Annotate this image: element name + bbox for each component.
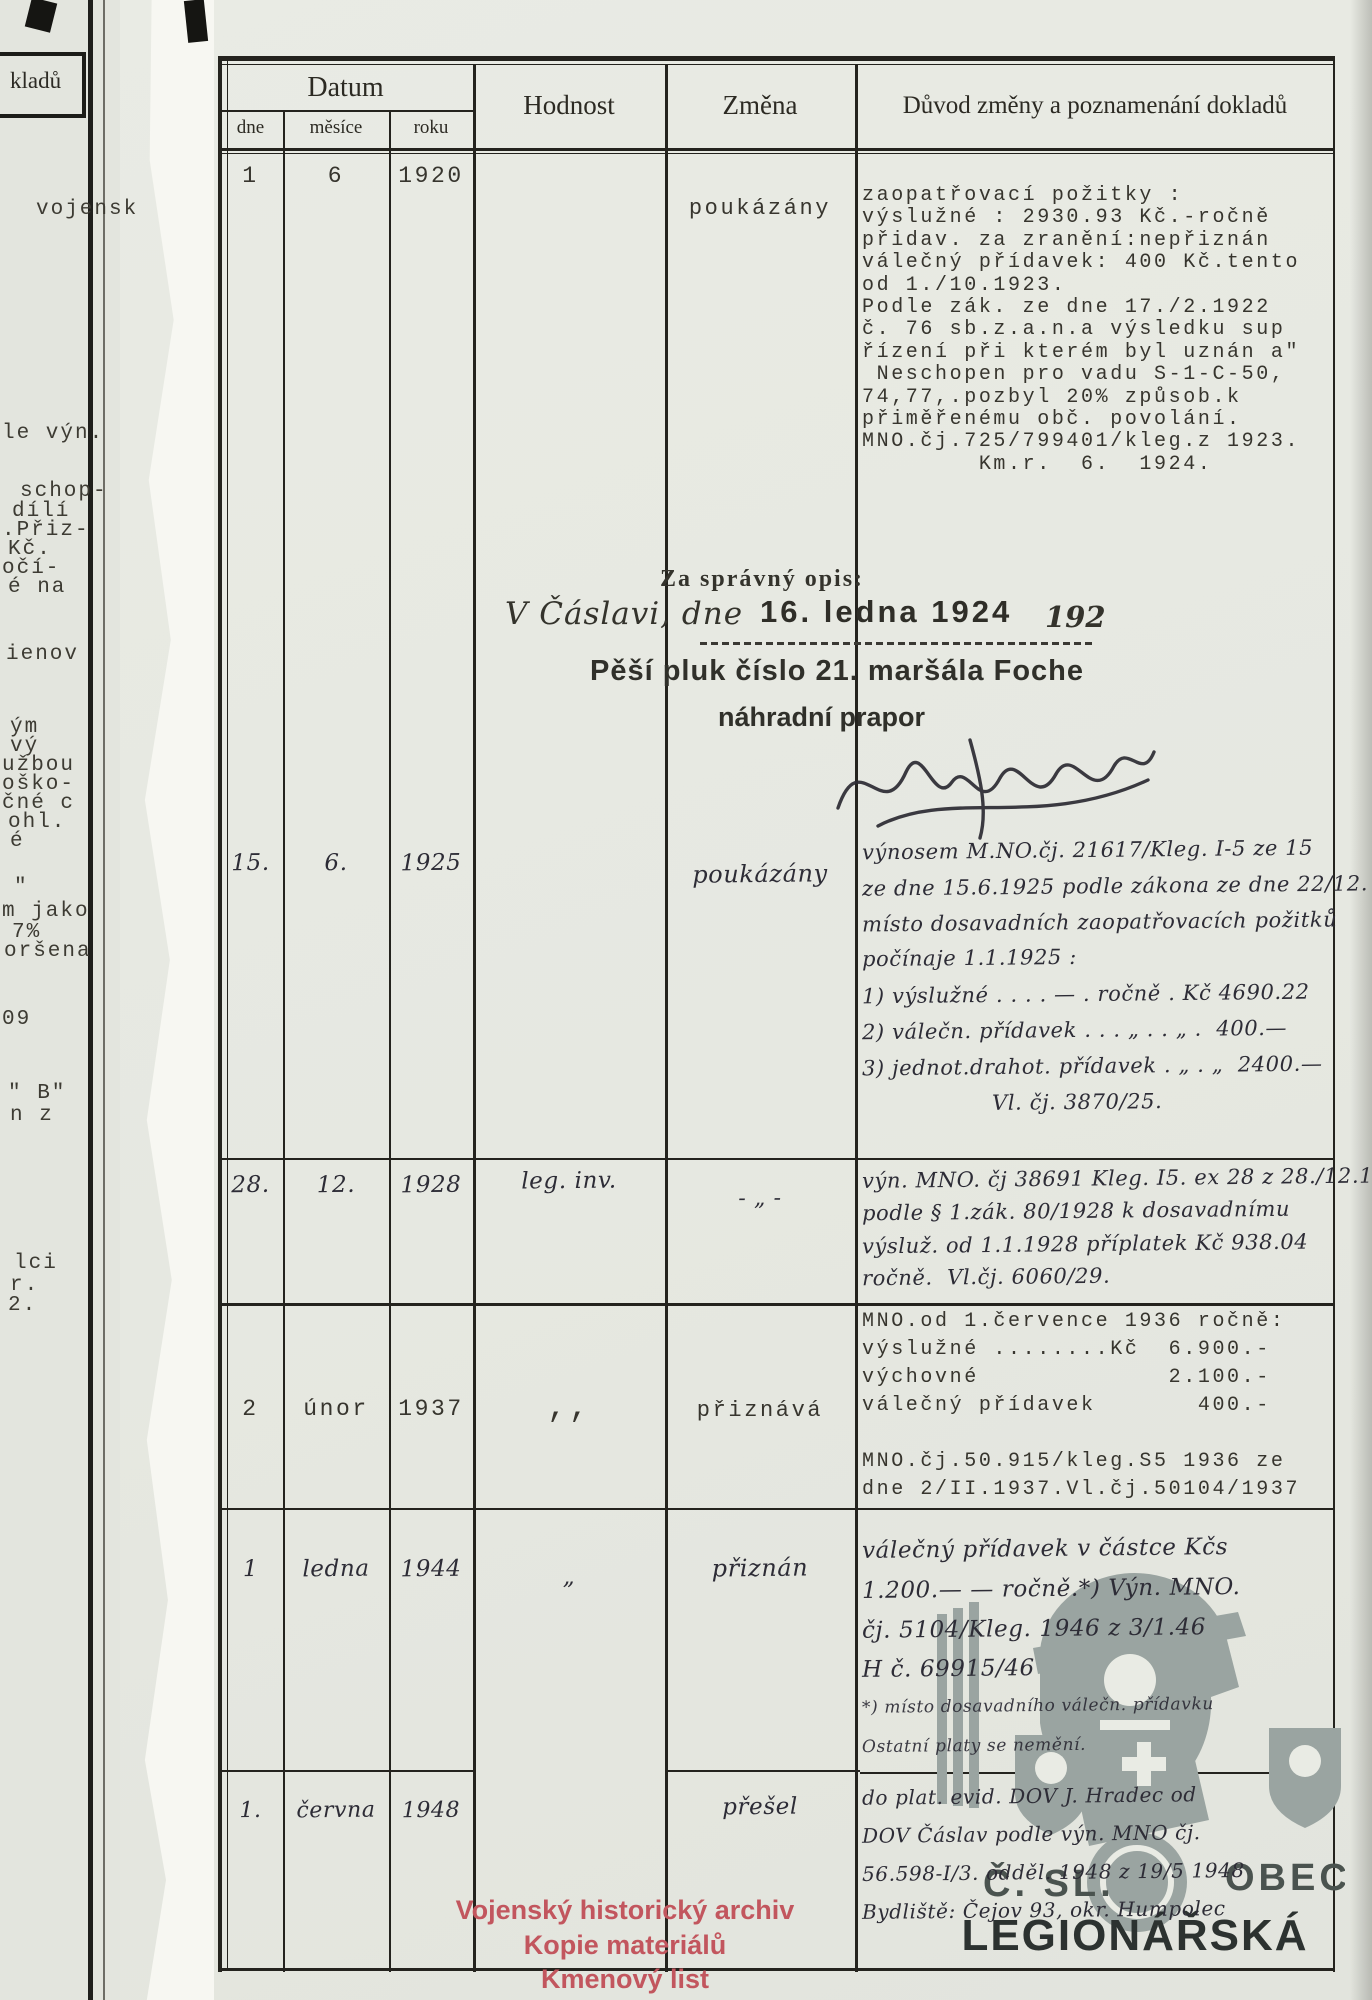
row-3-zmena: přiznává <box>665 1400 855 1422</box>
row-0-duvod-line-6: č. 76 sb.z.a.n.a výsledku sup <box>862 320 1285 340</box>
row-4-duvod-line-2: čj. 5104/Kleg. 1946 z 3/1.46 <box>862 1616 1206 1643</box>
row-2-mesice: 12. <box>283 1173 389 1197</box>
row-5-dne: 1. <box>218 1800 283 1823</box>
col-header-roku: roku <box>389 117 473 139</box>
row-0-mesice: 6 <box>283 165 389 188</box>
row-5-duvod-line-3: Bydliště: Čejov 93, okr. Humpolec <box>862 1898 1226 1922</box>
margin-fragment-22: n z <box>10 1104 54 1127</box>
row-0-duvod-line-5: Podle zák. ze dne 17./2.1922 <box>862 298 1271 318</box>
certification-title: Za správný opis: <box>660 566 864 593</box>
row-3-duvod-line-1: výslužné ........Kč 6.900.- <box>862 1340 1271 1360</box>
row-4-zmena: přiznán <box>665 1555 855 1581</box>
row-0-duvod-line-8: Neschopen pro vadu S-1-C-50, <box>862 365 1285 385</box>
row-0-duvod-line-2: přidav. za zranění:nepřiznán <box>862 231 1271 251</box>
previous-page-header-fragment: kladů <box>10 68 61 94</box>
row-5-duvod-line-1: DOV Čáslav podle výn. MNO čj. <box>862 1822 1201 1846</box>
row-2-hodnost: leg. inv. <box>473 1169 665 1194</box>
row-0-duvod-line-11: MNO.čj.725/799401/kleg.z 1923. <box>862 432 1300 452</box>
row-2-duvod-line-2: výsluž. od 1.1.1928 příplatek Kč 938.04 <box>862 1232 1308 1258</box>
row-3-dne: 2 <box>218 1398 283 1421</box>
ruled-dash-line <box>700 642 1095 645</box>
row-1-mesice: 6. <box>283 851 389 875</box>
grid-hline <box>218 1770 473 1772</box>
row-2-zmena: - „ - <box>665 1187 855 1211</box>
grid-hline <box>218 1158 1335 1160</box>
row-0-duvod-line-3: válečný přídavek: 400 Kč.tento <box>862 253 1300 273</box>
grid-hline <box>218 1303 1335 1306</box>
row-5-mesice: června <box>283 1799 389 1822</box>
col-header-mesice: měsíce <box>283 117 389 139</box>
grid-vline <box>665 64 668 1972</box>
margin-fragment-19: oršena <box>4 940 92 963</box>
grid-vline <box>227 60 228 1970</box>
row-0-duvod-line-1: výslužné : 2930.93 Kč.-ročně <box>862 208 1271 228</box>
margin-fragment-0: vojensk <box>36 198 138 221</box>
row-4-duvod-line-5: Ostatní platy se nemění. <box>862 1737 1086 1756</box>
row-1-roku: 1925 <box>389 852 473 876</box>
row-3-mesice: únor <box>283 1398 389 1421</box>
grid-vline <box>855 64 858 1972</box>
grid-vline <box>473 64 476 1972</box>
row-5-duvod-line-2: 56.598-I/3. odděl. 1948 z 19/5 1948 <box>862 1860 1245 1884</box>
page-fold-line-thin <box>103 0 105 2000</box>
row-3-duvod-line-0: MNO.od 1.července 1936 ročně: <box>862 1312 1285 1332</box>
archive-note-line: Vojenský historický archiv <box>430 1893 820 1928</box>
col-header-hodnost: Hodnost <box>473 90 665 121</box>
archive-note-line: Kopie materiálů <box>430 1928 820 1963</box>
row-0-duvod-line-9: 74,77,.pozbyl 20% způsob.k <box>862 388 1242 408</box>
certification-battalion: náhradní prapor <box>718 702 925 733</box>
torn-paper-edge <box>118 0 214 2000</box>
row-4-hodnost: „ <box>473 1565 665 1590</box>
margin-fragment-17: m jako <box>2 900 90 923</box>
archive-note: Vojenský historický archiv Kopie materiá… <box>430 1893 820 1997</box>
col-header-duvod: Důvod změny a poznamenání dokladů <box>855 92 1335 120</box>
row-1-duvod-line-2: místo dosavadních zaopatřovacích požitků <box>862 910 1337 936</box>
row-4-duvod-line-4: *) místo dosavadního válečn. přídavku <box>862 1696 1214 1717</box>
signature-scrawl <box>830 730 1160 850</box>
page-fold-line <box>88 0 93 2000</box>
margin-fragment-8: ienov <box>6 643 79 666</box>
margin-fragment-20: 09 <box>2 1008 31 1031</box>
grid-hline <box>218 56 1335 61</box>
archive-note-line: Kmenový list <box>430 1962 820 1997</box>
grid-hline <box>218 64 1335 65</box>
grid-vline <box>283 112 285 1972</box>
row-5-roku: 1948 <box>389 1800 473 1823</box>
certification-date-stamp: 16. ledna 1924 <box>760 594 1012 630</box>
grid-vline <box>218 56 222 1972</box>
col-header-zmena: Změna <box>665 90 855 121</box>
row-2-roku: 1928 <box>389 1174 473 1198</box>
certification-year-suffix: 192 <box>1045 600 1106 634</box>
row-1-duvod-line-6: 3) jednot.drahot. přídavek . „ . „ 2400.… <box>862 1054 1323 1080</box>
row-3-hodnost: ,, <box>473 1392 665 1424</box>
margin-fragment-25: 2. <box>8 1294 37 1317</box>
row-4-duvod-line-1: 1.200.— — ročně.*) Výn. MNO. <box>862 1576 1241 1603</box>
grid-hline <box>218 153 1335 154</box>
row-3-duvod-line-6: dne 2/II.1937.Vl.čj.50104/1937 <box>862 1480 1300 1500</box>
col-header-datum: Datum <box>218 72 473 104</box>
margin-fragment-23: lci <box>14 1252 58 1275</box>
row-5-duvod-line-0: do plat. evid. DOV J. Hradec od <box>862 1784 1197 1808</box>
col-header-dne: dne <box>218 117 283 139</box>
row-2-duvod-line-0: výn. MNO. čj 38691 Kleg. I5. ex 28 z 28.… <box>862 1165 1372 1192</box>
row-1-duvod-line-1: ze dne 15.6.1925 podle zákona ze dne 22/… <box>862 873 1368 899</box>
row-4-duvod-line-0: válečný přídavek v částce Kčs <box>862 1536 1228 1563</box>
row-0-dne: 1 <box>218 165 283 188</box>
row-3-roku: 1937 <box>389 1398 473 1421</box>
margin-fragment-1: le výn. <box>2 422 104 445</box>
row-3-duvod-line-2: výchovné 2.100.- <box>862 1368 1271 1388</box>
row-0-duvod-line-7: řízení při kterém byl uznán a" <box>862 343 1300 363</box>
row-4-dne: 1 <box>218 1558 283 1582</box>
row-0-duvod-line-4: od 1./10.1923. <box>862 276 1066 296</box>
row-0-duvod-line-12: Km.r. 6. 1924. <box>862 455 1212 475</box>
row-3-duvod-line-5: MNO.čj.50.915/kleg.S5 1936 ze <box>862 1452 1285 1472</box>
row-4-duvod-line-3: H č. 69915/46 <box>862 1657 1035 1682</box>
certification-place: V Čáslavi, dne <box>505 596 743 632</box>
row-0-roku: 1920 <box>389 165 473 188</box>
grid-hline <box>218 148 1335 151</box>
margin-fragment-15: é <box>10 830 25 853</box>
ink-blob <box>184 0 208 43</box>
row-1-dne: 15. <box>218 852 283 876</box>
row-1-duvod-line-3: počínaje 1.1.1925 : <box>862 947 1077 970</box>
scan-right-edge-shadow <box>1350 0 1372 2000</box>
row-5-zmena: přešel <box>665 1795 855 1820</box>
row-1-duvod-line-7: Vl. čj. 3870/25. <box>992 1091 1163 1114</box>
row-1-zmena: poukázány <box>665 861 855 887</box>
left-page-strip <box>0 0 120 2000</box>
grid-hline <box>218 110 473 112</box>
row-0-duvod-line-0: zaopatřovací požitky : <box>862 186 1183 206</box>
row-2-duvod-line-1: podle § 1.zák. 80/1928 k dosavadnímu <box>862 1199 1290 1224</box>
row-3-duvod-line-3: válečný přídavek 400.- <box>862 1396 1271 1416</box>
grid-hline <box>218 1508 1335 1510</box>
certification-unit: Pěší pluk číslo 21. maršála Foche <box>590 655 1084 688</box>
row-2-dne: 28. <box>218 1174 283 1198</box>
grid-vline <box>389 112 391 1972</box>
shield-right-icon <box>1269 1728 1341 1828</box>
scanned-military-record-page: kladů vojenskle výn.schop-dílí.Přiz-Kč.o… <box>0 0 1372 2000</box>
margin-fragment-21: " B" <box>8 1082 66 1105</box>
grid-hline <box>665 1770 860 1772</box>
row-4-mesice: ledna <box>283 1557 389 1581</box>
margin-fragment-16: " <box>14 876 29 899</box>
row-4-roku: 1944 <box>389 1558 473 1582</box>
row-0-zmena: poukázány <box>665 198 855 220</box>
row-1-duvod-line-4: 1) výslužné . . . . — . ročně . Kč 4690.… <box>862 982 1310 1008</box>
row-2-duvod-line-3: ročně. Vl.čj. 6060/29. <box>862 1266 1111 1290</box>
row-0-duvod-line-10: přiměřenému obč. povolání. <box>862 410 1242 430</box>
row-1-duvod-line-5: 2) válečn. přídavek . . . „ . . „ . 400.… <box>862 1018 1287 1043</box>
margin-fragment-7: é na <box>8 576 66 599</box>
